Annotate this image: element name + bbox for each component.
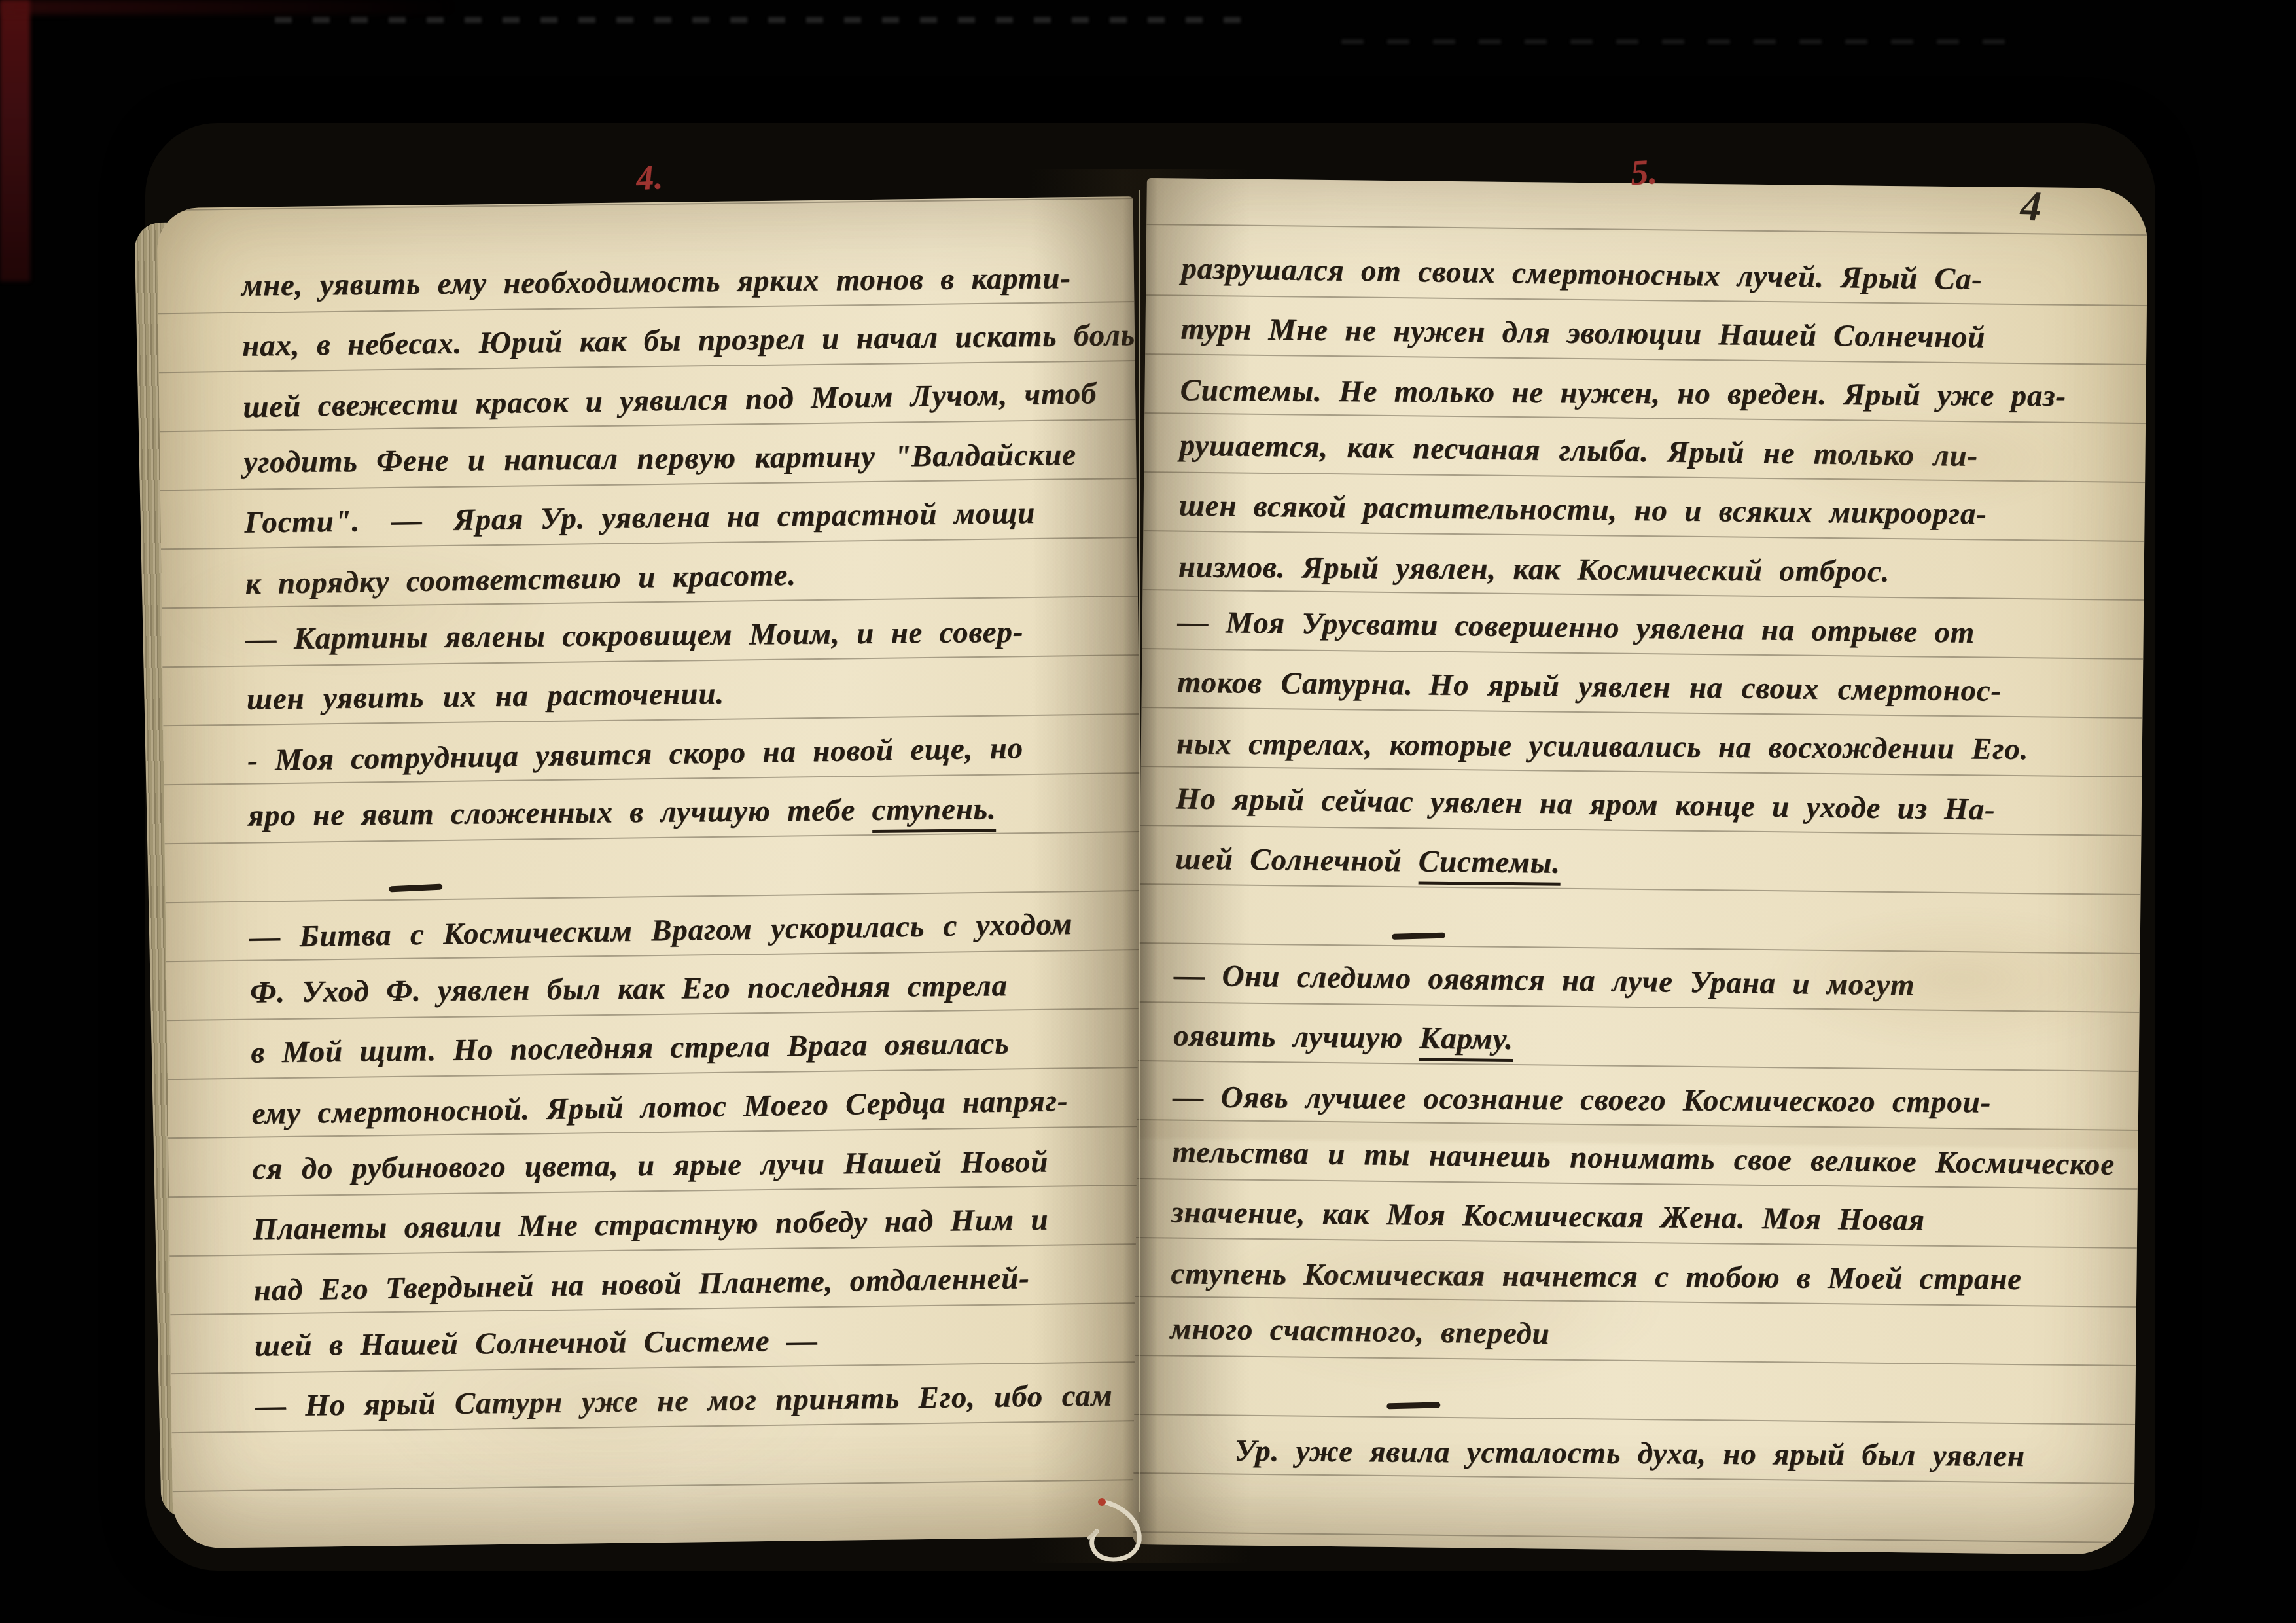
- binding-thread-icon: [1070, 1496, 1169, 1581]
- manuscript-line: Но ярый сейчас уявлен на яром конце и ух…: [1175, 766, 2119, 838]
- notebook-photo: мне, уявить ему необходимость ярких тоно…: [0, 0, 2296, 1623]
- manuscript-line: ступень Космическая начнется с тобою в М…: [1171, 1241, 2115, 1306]
- manuscript-line: шен всякой растительности, но и всяких м…: [1178, 473, 2123, 542]
- photo-edge-artifact: [0, 0, 458, 14]
- underlined-word: Системы.: [1418, 844, 1561, 885]
- divider-dash: [1391, 932, 1445, 939]
- manuscript-line: Планеты оявили Мне страстную победу над …: [253, 1186, 1129, 1255]
- manuscript-line: — Моя Урусвати совершенно уявлена на отр…: [1177, 589, 2121, 661]
- film-scratch: [275, 17, 1256, 23]
- manuscript-line: токов Сатурна. Но ярый уявлен на своих с…: [1176, 650, 2121, 719]
- manuscript-line: оявить лучшую Карму.: [1173, 1003, 2117, 1072]
- manuscript-line: мне, уявить ему необходимость ярких тоно…: [241, 245, 1118, 312]
- section-divider: [248, 832, 1124, 902]
- film-scratch: [1341, 39, 2028, 44]
- manuscript-line: Ф. Уход Ф. уявлен был как Его последняя …: [250, 952, 1126, 1018]
- manuscript-line: — Картины явлены сокровищем Моим, и не с…: [245, 598, 1122, 665]
- manuscript-line: яро не явит сложенных в лучшую тебе ступ…: [247, 775, 1123, 842]
- manuscript-line: много счастного, впереди: [1170, 1296, 2114, 1368]
- manuscript-line: — Оявь лучшее осознание своего Космическ…: [1173, 1064, 2117, 1130]
- manuscript-line: Ур. уже явила усталость духа, но ярый бы…: [1169, 1418, 2113, 1483]
- manuscript-line: Гости". — Ярая Ур. уявлена на страстной …: [244, 479, 1120, 548]
- right-folio-number: 5.: [1629, 151, 1658, 193]
- divider-dash: [389, 883, 442, 892]
- section-divider: [1169, 1357, 2113, 1425]
- left-folio-number: 4.: [635, 156, 664, 199]
- manuscript-line: шей в Нашей Солнечной Системе —: [254, 1305, 1130, 1372]
- manuscript-line: Системы. Не только не нужен, но вреден. …: [1180, 357, 2124, 423]
- manuscript-line: ся до рубинового цвета, и ярые лучи Наше…: [252, 1128, 1128, 1195]
- manuscript-line: в Мой щит. Но последняя стрела Врага ояв…: [251, 1009, 1127, 1079]
- underlined-word: ступень.: [872, 792, 996, 833]
- corner-page-number: 4: [2020, 181, 2043, 230]
- left-page-lines: мне, уявить ему необходимость ярких тоно…: [241, 243, 1131, 1432]
- manuscript-line: рушается, как песчаная глыба. Ярый не то…: [1179, 412, 2123, 484]
- right-page: разрушался от своих смертоносных лучей. …: [1133, 178, 2148, 1555]
- manuscript-line: — Они следимо оявятся на луче Урана и мо…: [1174, 942, 2118, 1014]
- underlined-word: Карму.: [1419, 1021, 1513, 1061]
- right-page-lines: разрушался от своих смертоносных лучей. …: [1169, 238, 2125, 1484]
- manuscript-line: значение, как Моя Космическая Жена. Моя …: [1171, 1180, 2115, 1249]
- photo-edge-artifact: [0, 0, 30, 281]
- manuscript-line: ных стрелах, которые усиливались на восх…: [1176, 711, 2121, 776]
- manuscript-line: низмов. Ярый уявлен, как Космический отб…: [1178, 534, 2122, 599]
- manuscript-line: — Но ярый Сатурн уже не мог принять Его,…: [255, 1363, 1131, 1432]
- manuscript-line: нах, в небесах. Юрий как бы прозрел и на…: [242, 302, 1118, 372]
- left-page: мне, уявить ему необходимость ярких тоно…: [157, 196, 1150, 1548]
- manuscript-line: разрушался от своих смертоносных лучей. …: [1181, 236, 2125, 308]
- manuscript-line: турн Мне не нужен для эволюции Нашей Сол…: [1180, 296, 2125, 365]
- section-divider: [1174, 887, 2119, 953]
- divider-dash: [1386, 1402, 1440, 1409]
- manuscript-line: шен уявить их на расточении.: [246, 656, 1122, 725]
- manuscript-line: шей Солнечной Системы.: [1175, 827, 2119, 895]
- manuscript-line: угодить Фене и написал первую картину "В…: [243, 421, 1120, 488]
- manuscript-line: тельства и ты начнешь понимать свое вели…: [1172, 1119, 2116, 1191]
